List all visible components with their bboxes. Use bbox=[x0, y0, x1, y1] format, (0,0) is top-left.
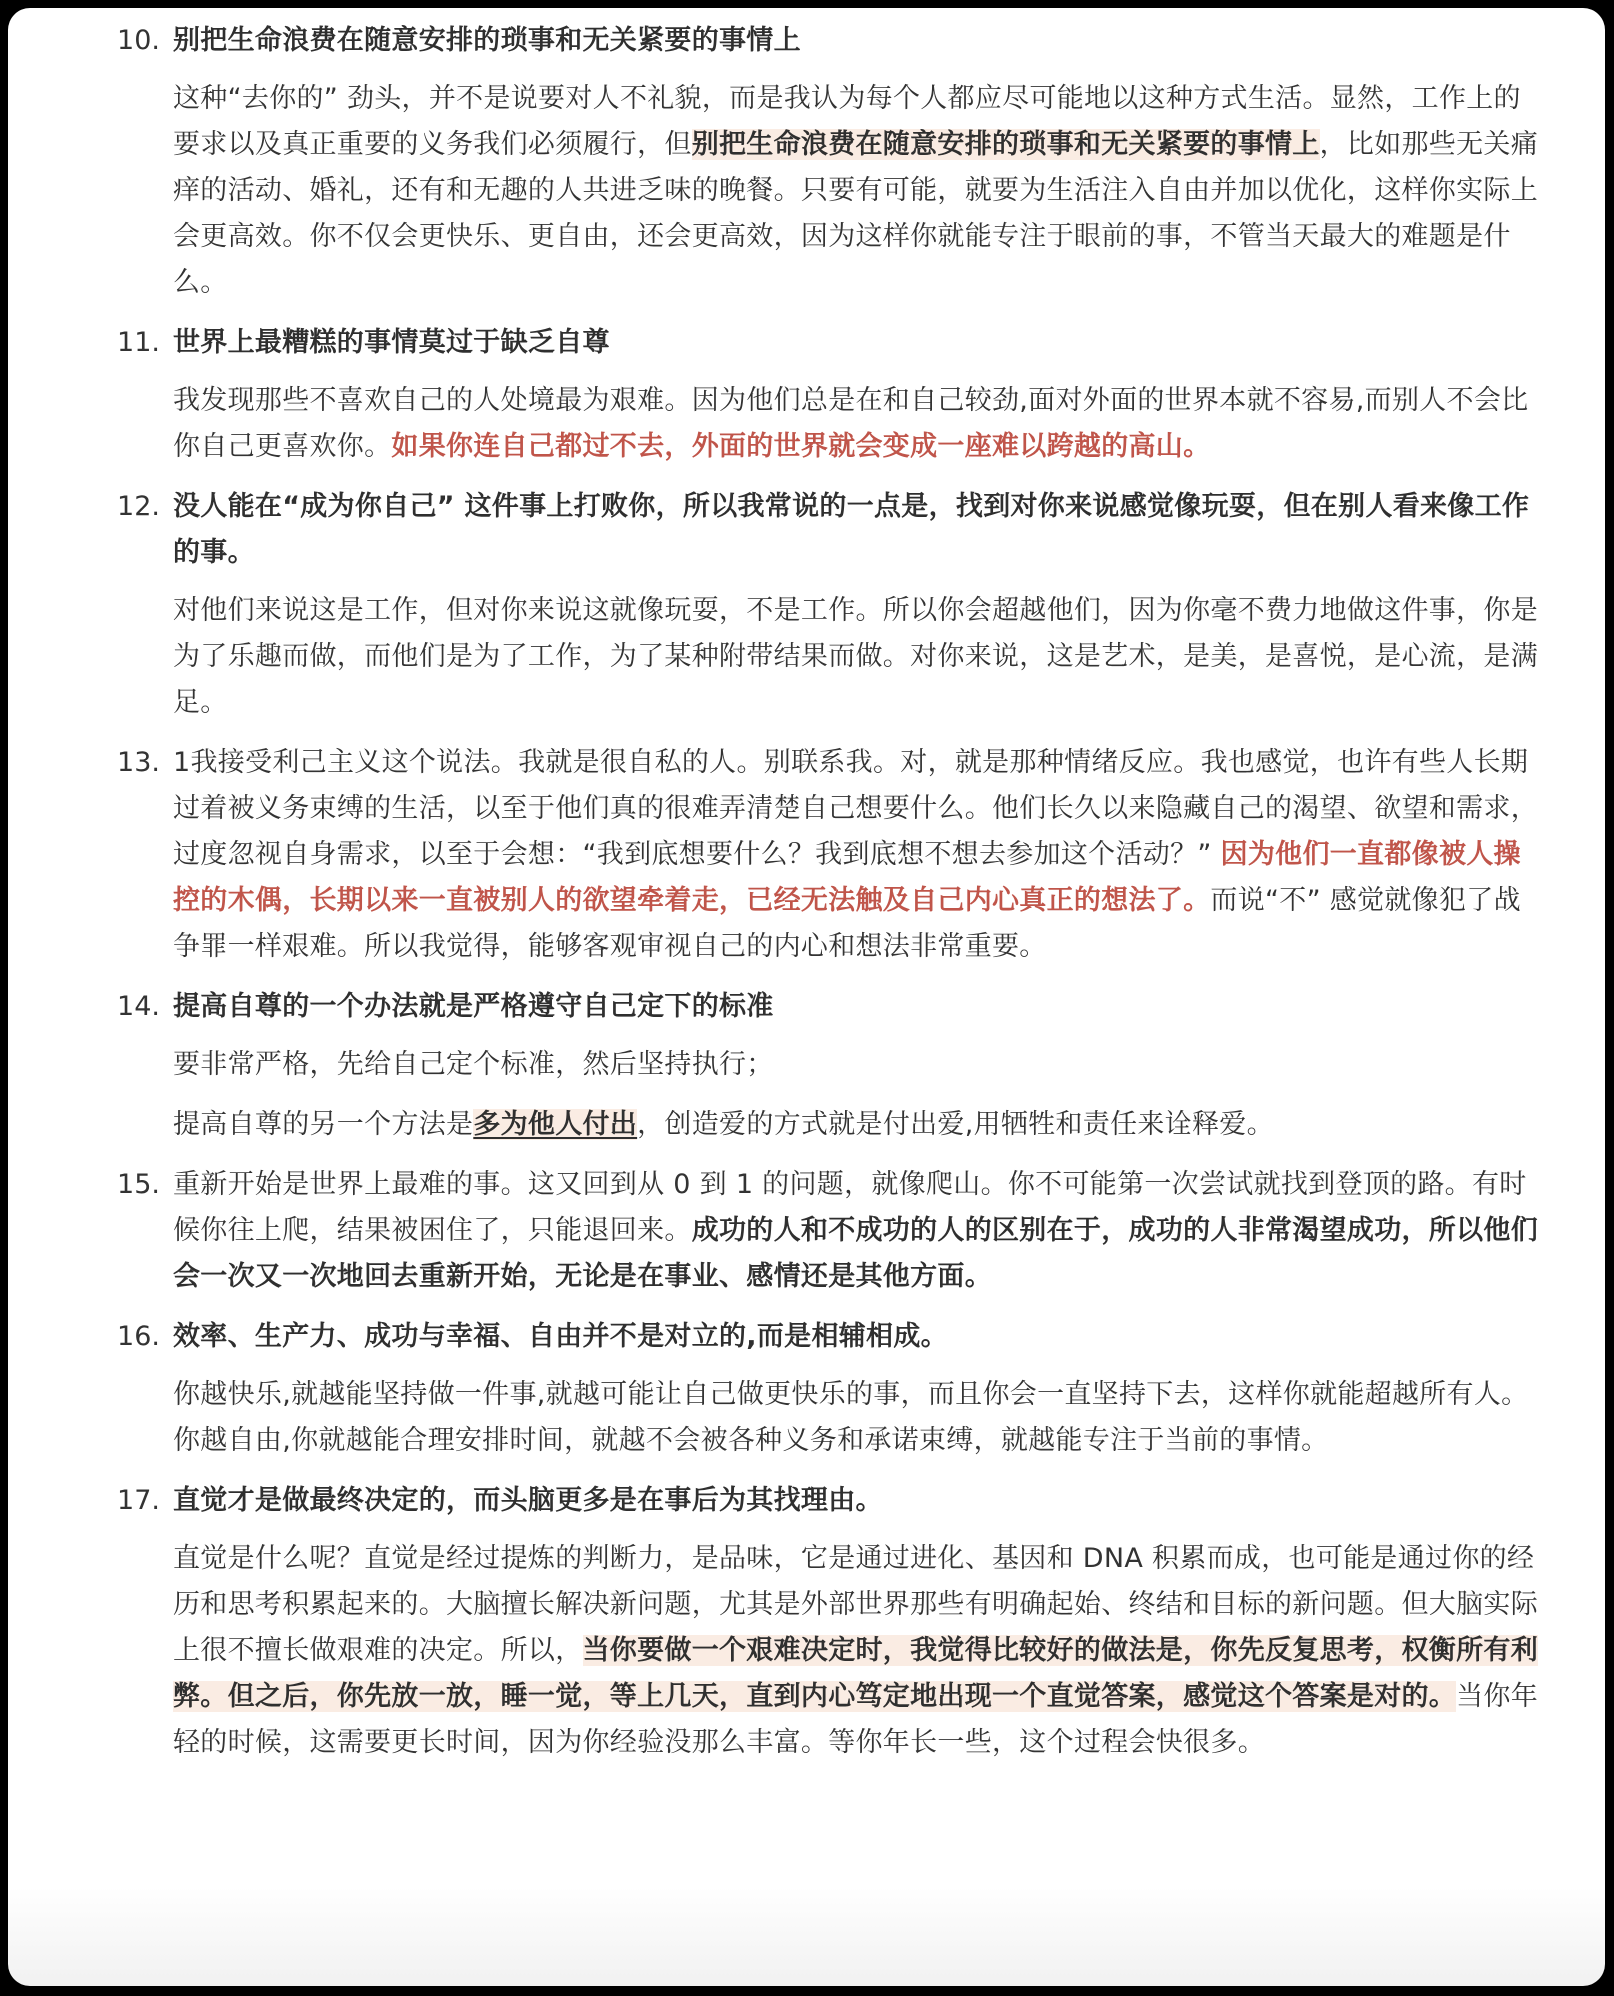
list-number: 11. bbox=[8, 320, 160, 366]
list-item: 15.重新开始是世界上最难的事。这又回到从 0 到 1 的问题，就像爬山。你不可… bbox=[8, 1162, 1605, 1300]
item-heading: 别把生命浪费在随意安排的琐事和无关紧要的事情上 bbox=[173, 18, 1545, 64]
list-item: 16.效率、生产力、成功与幸福、自由并不是对立的,而是相辅相成。你越快乐,就越能… bbox=[8, 1314, 1605, 1464]
list-item: 13.1我接受利己主义这个说法。我就是很自私的人。别联系我。对，就是那种情绪反应… bbox=[8, 740, 1605, 970]
list-number: 15. bbox=[8, 1162, 160, 1208]
list-item: 14.提高自尊的一个办法就是严格遵守自己定下的标准要非常严格，先给自己定个标准，… bbox=[8, 984, 1605, 1148]
list-item: 12.没人能在“成为你自己” 这件事上打败你，所以我常说的一点是，找到对你来说感… bbox=[8, 484, 1605, 726]
list-number: 10. bbox=[8, 18, 160, 64]
list-item: 17.直觉才是做最终决定的，而头脑更多是在事后为其找理由。直觉是什么呢？直觉是经… bbox=[8, 1478, 1605, 1766]
item-inline-text: 重新开始是世界上最难的事。这又回到从 0 到 1 的问题，就像爬山。你不可能第一… bbox=[173, 1162, 1545, 1300]
list-item: 10.别把生命浪费在随意安排的琐事和无关紧要的事情上这种“去你的” 劲头，并不是… bbox=[8, 18, 1605, 306]
list-item: 11.世界上最糟糕的事情莫过于缺乏自尊我发现那些不喜欢自己的人处境最为艰难。因为… bbox=[8, 320, 1605, 470]
highlight-underline-text: 多为他人付出 bbox=[473, 1109, 637, 1140]
item-paragraph: 我发现那些不喜欢自己的人处境最为艰难。因为他们总是在和自己较劲,面对外面的世界本… bbox=[173, 378, 1545, 470]
document-card: 10.别把生命浪费在随意安排的琐事和无关紧要的事情上这种“去你的” 劲头，并不是… bbox=[8, 8, 1605, 1986]
text-run: 提高自尊的另一个方法是 bbox=[173, 1109, 473, 1140]
item-paragraph: 这种“去你的” 劲头，并不是说要对人不礼貌，而是我认为每个人都应尽可能地以这种方… bbox=[173, 76, 1545, 306]
item-paragraph: 直觉是什么呢？直觉是经过提炼的判断力，是品味，它是通过进化、基因和 DNA 积累… bbox=[173, 1536, 1545, 1766]
item-heading: 没人能在“成为你自己” 这件事上打败你，所以我常说的一点是，找到对你来说感觉像玩… bbox=[173, 484, 1545, 576]
list-number: 14. bbox=[8, 984, 160, 1030]
text-run: ，创造爱的方式就是付出爱,用牺牲和责任来诠释爱。 bbox=[637, 1109, 1274, 1140]
item-inline-text: 1我接受利己主义这个说法。我就是很自私的人。别联系我。对，就是那种情绪反应。我也… bbox=[173, 740, 1545, 970]
item-heading: 提高自尊的一个办法就是严格遵守自己定下的标准 bbox=[173, 984, 1545, 1030]
item-heading: 效率、生产力、成功与幸福、自由并不是对立的,而是相辅相成。 bbox=[173, 1314, 1545, 1360]
list-number: 12. bbox=[8, 484, 160, 530]
item-paragraph: 要非常严格，先给自己定个标准，然后坚持执行； bbox=[173, 1042, 1545, 1088]
red-text: 如果你连自己都过不去，外面的世界就会变成一座难以跨越的高山。 bbox=[391, 431, 1210, 462]
text-run: 你越快乐,就越能坚持做一件事,就越可能让自己做更快乐的事，而且你会一直坚持下去，… bbox=[173, 1379, 1528, 1456]
list-number: 17. bbox=[8, 1478, 160, 1524]
list-number: 16. bbox=[8, 1314, 160, 1360]
list-number: 13. bbox=[8, 740, 160, 786]
item-paragraph: 你越快乐,就越能坚持做一件事,就越可能让自己做更快乐的事，而且你会一直坚持下去，… bbox=[173, 1372, 1545, 1464]
numbered-list: 10.别把生命浪费在随意安排的琐事和无关紧要的事情上这种“去你的” 劲头，并不是… bbox=[8, 18, 1605, 1780]
item-paragraph: 提高自尊的另一个方法是多为他人付出，创造爱的方式就是付出爱,用牺牲和责任来诠释爱… bbox=[173, 1102, 1545, 1148]
item-paragraph: 对他们来说这是工作，但对你来说这就像玩耍，不是工作。所以你会超越他们，因为你毫不… bbox=[173, 588, 1545, 726]
item-heading: 世界上最糟糕的事情莫过于缺乏自尊 bbox=[173, 320, 1545, 366]
item-heading: 直觉才是做最终决定的，而头脑更多是在事后为其找理由。 bbox=[173, 1478, 1545, 1524]
highlight-text: 别把生命浪费在随意安排的琐事和无关紧要的事情上 bbox=[692, 129, 1320, 160]
text-run: 要非常严格，先给自己定个标准，然后坚持执行； bbox=[173, 1049, 774, 1080]
text-run: 对他们来说这是工作，但对你来说这就像玩耍，不是工作。所以你会超越他们，因为你毫不… bbox=[173, 595, 1538, 718]
